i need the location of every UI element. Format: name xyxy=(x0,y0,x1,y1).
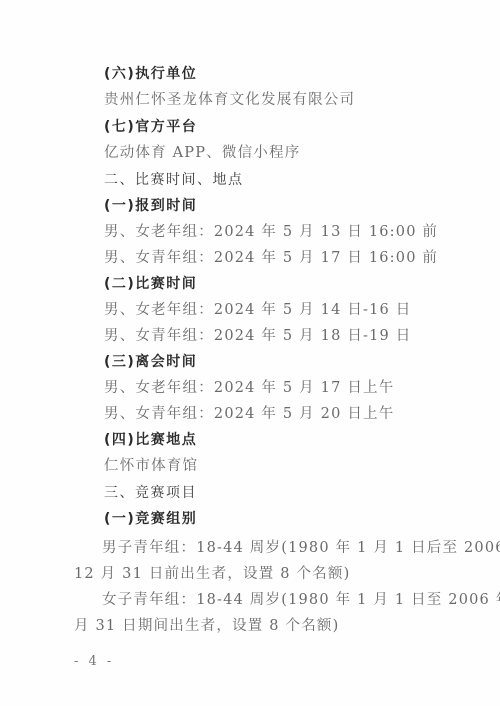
section-heading-departure: (三)离会时间 xyxy=(104,352,197,372)
checkin-youth: 男、女青年组：2024 年 5 月 17 日 16:00 前 xyxy=(104,248,438,268)
chapter-heading-time-place: 二、比赛时间、地点 xyxy=(104,170,244,190)
match-time-senior: 男、女老年组：2024 年 5 月 14 日-16 日 xyxy=(104,300,411,320)
executor-name: 贵州仁怀圣龙体育文化发展有限公司 xyxy=(104,90,355,110)
departure-senior: 男、女老年组：2024 年 5 月 17 日上午 xyxy=(104,378,394,398)
section-heading-platform: (七)官方平台 xyxy=(104,117,197,137)
women-youth-group-cont: 月 31 日期间出生者，设置 8 个名额) xyxy=(74,616,339,636)
section-heading-executor: (六)执行单位 xyxy=(104,64,197,84)
men-youth-group-cont: 12 月 31 日前出生者，设置 8 个名额) xyxy=(74,564,350,584)
men-youth-group: 男子青年组：18-44 周岁(1980 年 1 月 1 日后至 2006 年 xyxy=(102,538,500,558)
section-heading-venue: (四)比赛地点 xyxy=(104,430,197,450)
match-time-youth: 男、女青年组：2024 年 5 月 18 日-19 日 xyxy=(104,326,411,346)
section-heading-checkin: (一)报到时间 xyxy=(104,196,197,216)
section-heading-groups: (一)竞赛组别 xyxy=(104,509,197,529)
chapter-heading-events: 三、竞赛项目 xyxy=(104,483,197,503)
document-page: (六)执行单位 贵州仁怀圣龙体育文化发展有限公司 (七)官方平台 亿动体育 AP… xyxy=(0,0,500,706)
women-youth-group: 女子青年组：18-44 周岁(1980 年 1 月 1 日至 2006 年 12 xyxy=(102,590,500,610)
venue-text: 仁怀市体育馆 xyxy=(104,456,198,476)
page-number: - 4 - xyxy=(74,654,114,669)
platform-text: 亿动体育 APP、微信小程序 xyxy=(104,143,300,163)
departure-youth: 男、女青年组：2024 年 5 月 20 日上午 xyxy=(104,404,394,424)
checkin-senior: 男、女老年组：2024 年 5 月 13 日 16:00 前 xyxy=(104,222,438,242)
section-heading-match-time: (二)比赛时间 xyxy=(104,274,197,294)
